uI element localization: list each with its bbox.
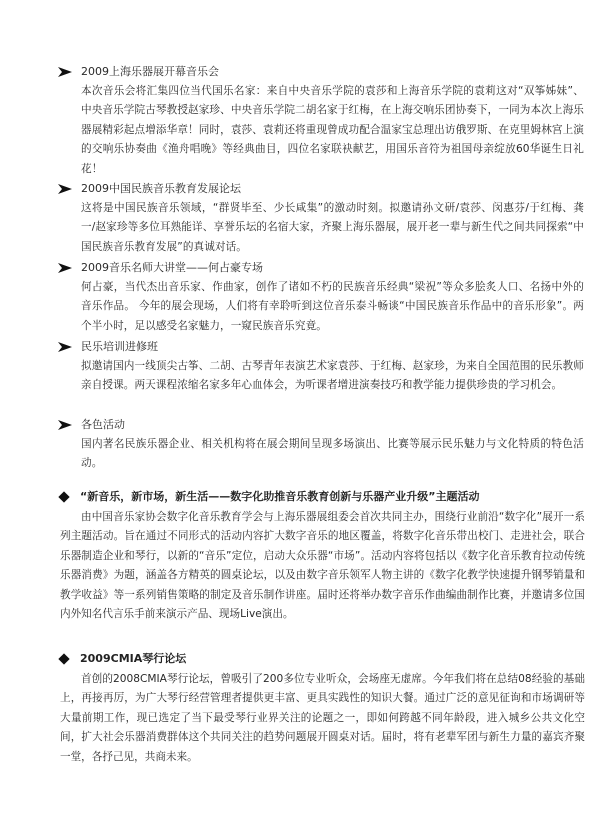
activity-title: 各色活动: [81, 416, 125, 434]
arrowhead-bullet-icon: [58, 67, 72, 77]
activity-body: 何占豪，当代杰出音乐家、作曲家，创作了诸如不朽的民族音乐经典“梁祝”等众多脍炙人…: [81, 278, 584, 336]
arrowhead-bullet-icon: [58, 184, 72, 194]
section-body: 首创的2008CMIA琴行论坛，曾吸引了200多位专业听众，会场座无虚席。今年我…: [60, 670, 585, 767]
section-title: 2009CMIA琴行论坛: [80, 650, 186, 668]
section-title: “新音乐，新市场，新生活——数字化助推音乐教育创新与乐器产业升级”主题活动: [80, 488, 479, 506]
arrowhead-bullet-icon: [58, 342, 72, 352]
document-page: 2009上海乐器展开幕音乐会 本次音乐会将汇集四位当代国乐名家：来自中央音乐学院…: [0, 0, 615, 835]
diamond-bullet-icon: [58, 491, 69, 502]
activity-body: 这将是中国民族音乐领域，“群贤毕至、少长咸集”的激动时刻。拟邀请孙文研/袁莎、闵…: [81, 199, 584, 257]
activity-body: 本次音乐会将汇集四位当代国乐名家：来自中央音乐学院的袁莎和上海音乐学院的袁莉这对…: [81, 82, 584, 179]
activity-title: 民乐培训进修班: [81, 338, 158, 356]
activity-body: 国内著名民族乐器企业、相关机构将在展会期间呈现多场演出、比赛等展示民乐魅力与文化…: [81, 435, 584, 474]
arrowhead-bullet-icon: [58, 263, 72, 273]
activity-body: 拟邀请国内一线顶尖古筝、二胡、古琴青年表演艺术家袁莎、于红梅、赵家珍，为来自全国…: [81, 357, 584, 396]
diamond-bullet-icon: [58, 653, 69, 664]
section-body: 由中国音乐家协会数字化音乐教育学会与上海乐器展组委会首次共同主办，围绕行业前沿“…: [60, 508, 585, 624]
activity-title: 2009中国民族音乐教育发展论坛: [81, 180, 241, 198]
activity-title: 2009上海乐器展开幕音乐会: [81, 63, 219, 81]
arrowhead-bullet-icon: [58, 420, 72, 430]
activity-title: 2009音乐名师大讲堂——何占豪专场: [81, 259, 263, 277]
